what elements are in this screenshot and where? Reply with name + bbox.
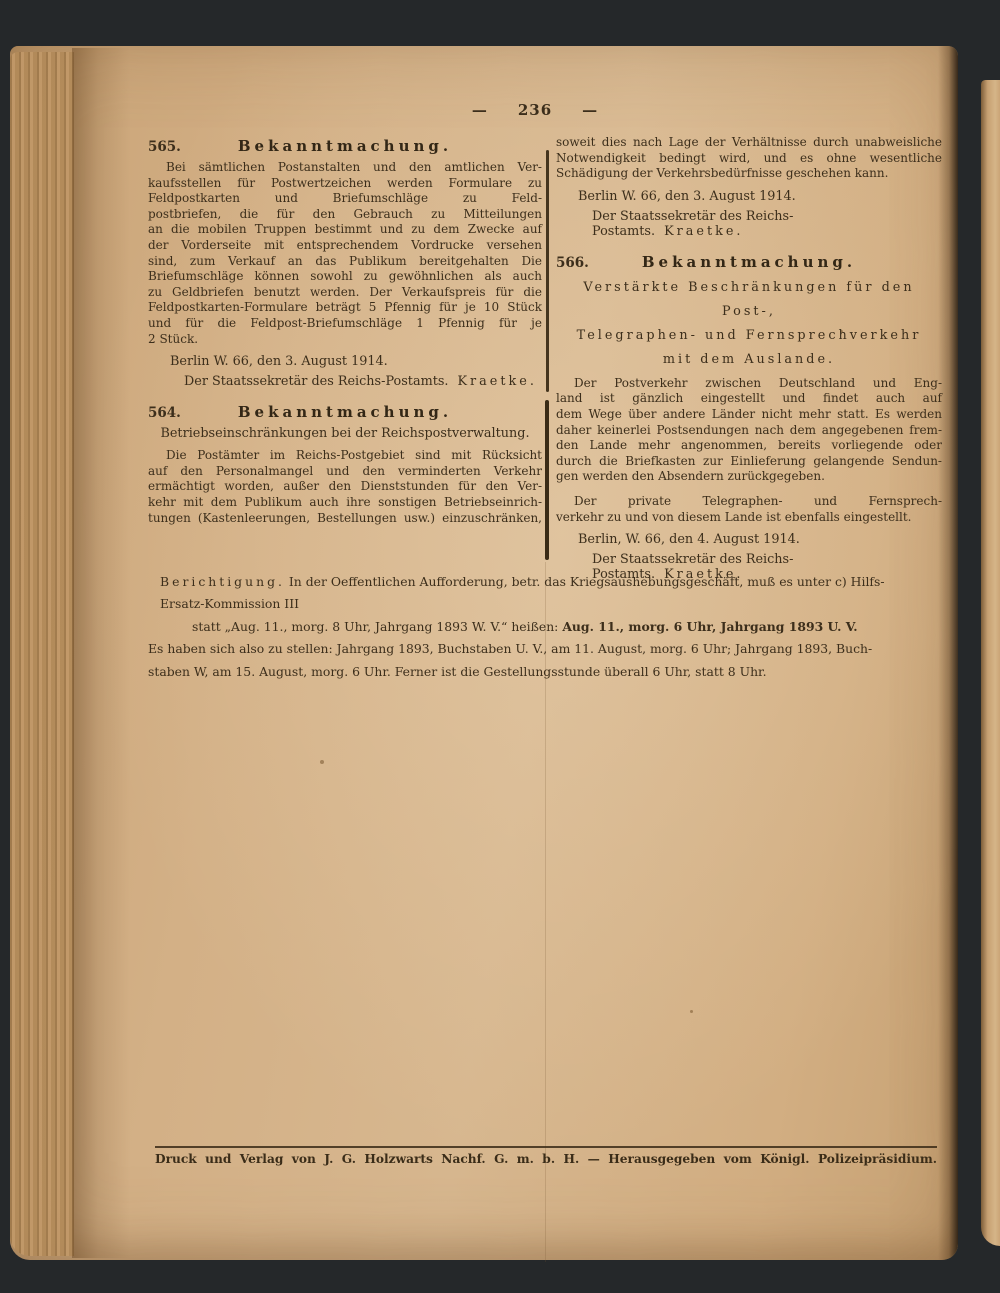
paragraph: Der Postverkehr zwischen Deutschland und… xyxy=(556,376,942,485)
signature-name: Kraetke. xyxy=(664,224,743,239)
correction-line: Es haben sich also zu stellen: Jahrgang … xyxy=(148,638,934,660)
article-564: 564. Bekanntmachung. Betriebseinschränku… xyxy=(148,403,542,526)
text-column-right: soweit dies nach Lage der Verhältnisse d… xyxy=(556,135,942,594)
signature-text: Der Staatssekretär des Reichs-Postamts. xyxy=(184,374,449,389)
article-title: Bekanntmachung. xyxy=(556,253,942,271)
article-subtitle-lines: Verstärkte Beschränkungen für den Post-,… xyxy=(556,276,942,372)
paragraph: Der private Telegraphen- und Fernsprech-… xyxy=(556,494,942,525)
page-number: 236 xyxy=(518,101,552,119)
article-564-heading: 564. Bekanntmachung. xyxy=(148,403,542,421)
correction-text: In der Oeffentlichen Aufforderung, betr.… xyxy=(289,574,885,589)
footer-imprint: Druck und Verlag von J. G. Holzwarts Nac… xyxy=(155,1152,937,1166)
page-number-header: — 236 — xyxy=(420,101,650,119)
signature-line: Der Staatssekretär des Reichs-Postamts.K… xyxy=(592,209,942,239)
article-565: 565. Bekanntmachung. Bei sämtlichen Post… xyxy=(148,137,542,389)
dateline: Berlin W. 66, den 3. August 1914. xyxy=(578,189,942,204)
signature-name: Kraetke. xyxy=(458,374,537,389)
paragraph: Die Postämter im Reichs-Postgebiet sind … xyxy=(148,448,542,526)
header-dash-right: — xyxy=(582,101,598,119)
correction-text: statt „Aug. 11., morg. 8 Uhr, Jahrgang 1… xyxy=(192,619,562,634)
article-title: Bekanntmachung. xyxy=(148,403,542,421)
article-subtitle: Betriebseinschränkungen bei der Reichspo… xyxy=(148,426,542,441)
dateline: Berlin, W. 66, den 4. August 1914. xyxy=(578,532,942,547)
correction-notice: Berichtigung. In der Oeffentlichen Auffo… xyxy=(148,571,934,683)
text-column-left: 565. Bekanntmachung. Bei sämtlichen Post… xyxy=(148,137,542,526)
article-number: 566. xyxy=(556,255,589,271)
correction-label: Berichtigung. xyxy=(160,574,285,589)
correction-line: staben W, am 15. August, morg. 6 Uhr. Fe… xyxy=(148,661,934,683)
article-566-heading: 566. Bekanntmachung. xyxy=(556,253,942,271)
header-dash-left: — xyxy=(472,101,488,119)
article-566: 566. Bekanntmachung. Verstärkte Beschrän… xyxy=(556,253,942,582)
article-title: Bekanntmachung. xyxy=(148,137,542,155)
column-divider-rule xyxy=(545,400,549,560)
signature-line: Der Staatssekretär des Reichs-Postamts.K… xyxy=(184,374,542,389)
article-564-continued: soweit dies nach Lage der Verhältnisse d… xyxy=(556,135,942,239)
correction-line: statt „Aug. 11., morg. 8 Uhr, Jahrgang 1… xyxy=(148,616,934,638)
dateline: Berlin W. 66, den 3. August 1914. xyxy=(170,354,542,369)
article-565-heading: 565. Bekanntmachung. xyxy=(148,137,542,155)
correction-text-bold: Aug. 11., morg. 6 Uhr, Jahrgang 1893 U. … xyxy=(562,619,857,634)
paragraph: Bei sämtlichen Postanstalten und den amt… xyxy=(148,160,542,347)
paragraph-continued: soweit dies nach Lage der Verhältnisse d… xyxy=(556,135,942,182)
column-divider-rule xyxy=(546,150,549,392)
correction-line: Berichtigung. In der Oeffentlichen Auffo… xyxy=(148,571,934,593)
page-content: — 236 — 565. Bekanntmachung. Bei sämtlic… xyxy=(0,0,1000,1293)
footer-rule xyxy=(155,1146,937,1148)
article-number: 564. xyxy=(148,405,181,421)
correction-line: Ersatz-Kommission III xyxy=(148,593,934,615)
article-number: 565. xyxy=(148,139,181,155)
